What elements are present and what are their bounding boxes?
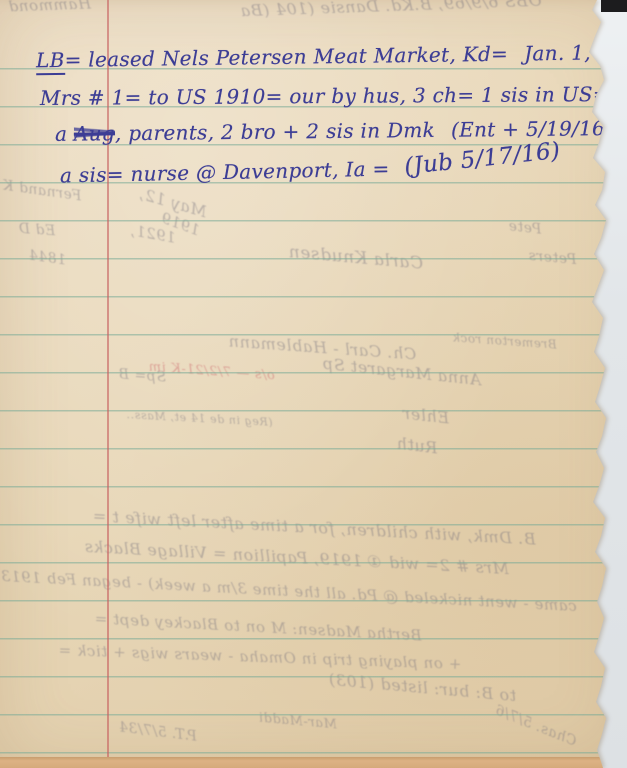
scanned-page: HammondOBS 6/9/69, B.Kd. Dansie (104 (Ba… [0, 0, 627, 768]
underlined-abbrev: LB [36, 48, 65, 75]
handwriting-line-1: LB= leased Nels Petersen Meat Market, Kd… [36, 40, 627, 73]
struck-out-word: Aug [74, 121, 115, 145]
line3-pre: a [55, 122, 74, 146]
line1-text: = leased Nels Petersen Meat Market, Kd= [64, 42, 508, 72]
paper-wrap: HammondOBS 6/9/69, B.Kd. Dansie (104 (Ba… [0, 0, 627, 768]
notebook-paper: HammondOBS 6/9/69, B.Kd. Dansie (104 (Ba… [0, 0, 627, 768]
entry-date-note: (Ent + 5/19/16 [451, 116, 605, 142]
handwriting-line-4: a sis= nurse @ Davenport, Ia = [60, 157, 390, 188]
handwriting-layer: LB= leased Nels Petersen Meat Market, Kd… [0, 0, 627, 768]
handwriting-line-2: Mrs # 1= to US 1910= our by hus, 3 ch= 1… [40, 82, 610, 110]
line1-date: Jan. 1, 1912 [524, 40, 627, 66]
filing-date-note: (Jub 5/17/16) [403, 138, 561, 180]
line3-post: , parents, 2 bro + 2 sis in Dmk [115, 118, 435, 145]
